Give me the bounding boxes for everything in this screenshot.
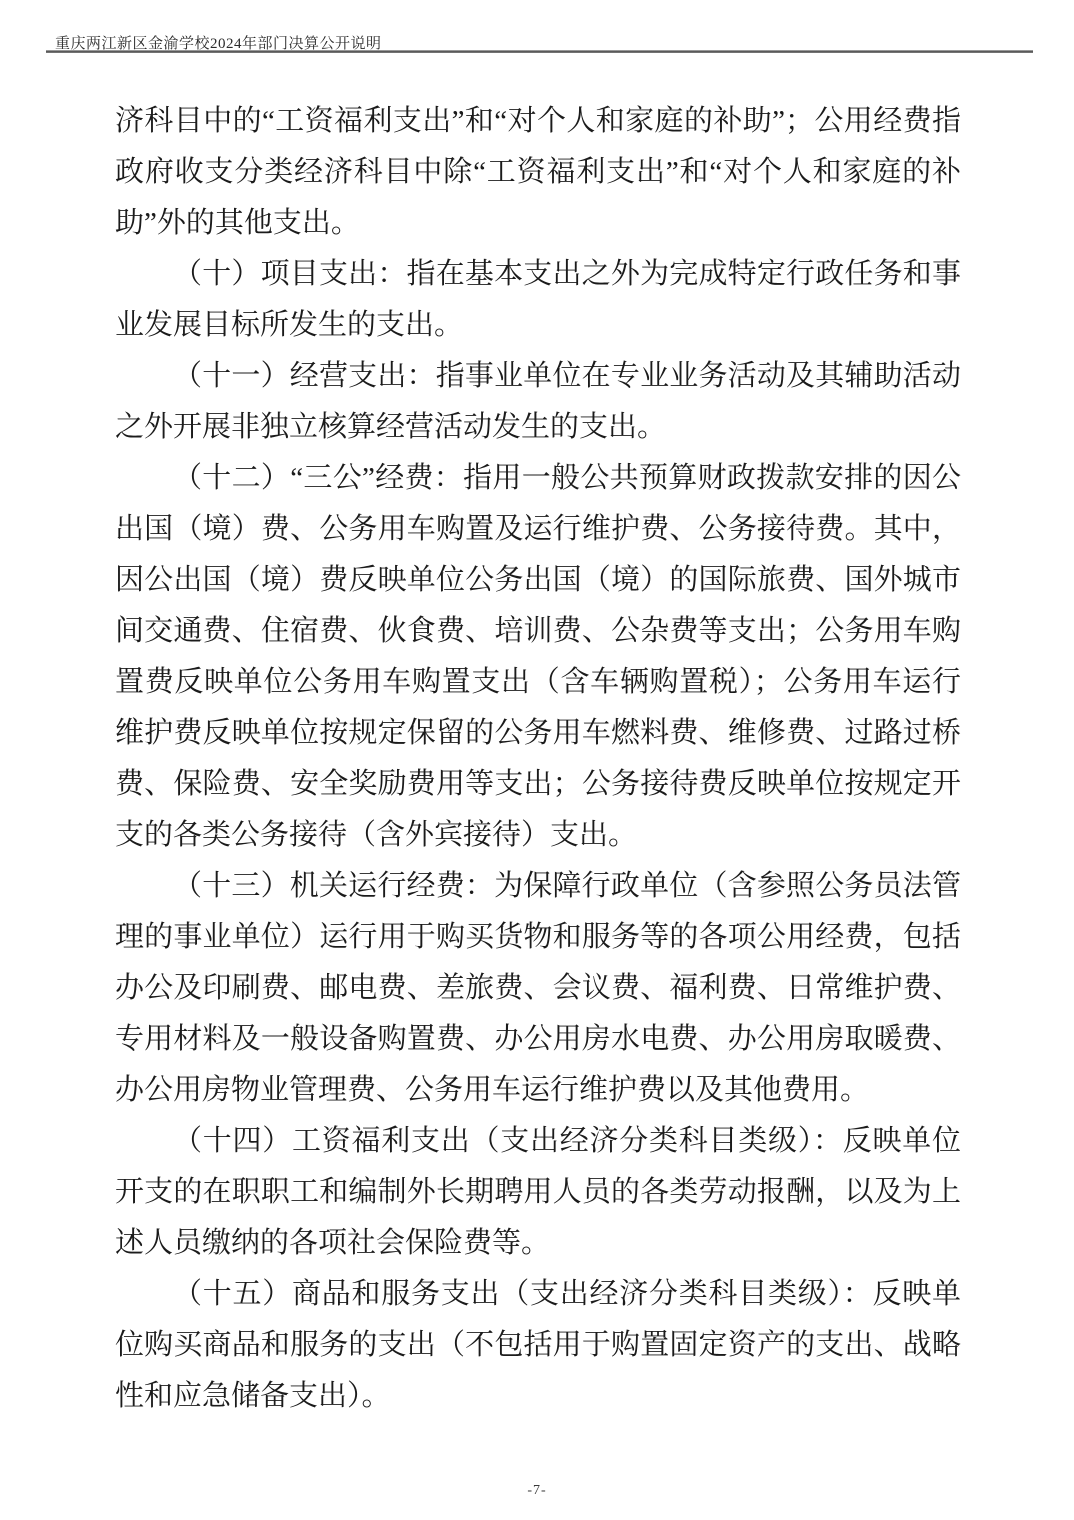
paragraph: （十）项目支出：指在基本支出之外为完成特定行政任务和事业发展目标所发生的支出。: [115, 249, 961, 351]
paragraph: （十四）工资福利支出（支出经济分类科目类级）：反映单位开支的在职职工和编制外长期…: [115, 1116, 961, 1269]
paragraph: （十三）机关运行经费：为保障行政单位（含参照公务员法管理的事业单位）运行用于购买…: [115, 861, 961, 1116]
document-body: 济科目中的“工资福利支出”和“对个人和家庭的补助”；公用经费指政府收支分类经济科…: [115, 96, 961, 1422]
page-number: -7-: [0, 1483, 1074, 1499]
paragraph: 济科目中的“工资福利支出”和“对个人和家庭的补助”；公用经费指政府收支分类经济科…: [115, 96, 961, 249]
paragraph: （十五）商品和服务支出（支出经济分类科目类级）：反映单位购买商品和服务的支出（不…: [115, 1269, 961, 1422]
header-rule-divider: [46, 50, 1033, 53]
document-page: 重庆两江新区金渝学校2024年部门决算公开说明 济科目中的“工资福利支出”和“对…: [0, 0, 1074, 1520]
paragraph: （十一）经营支出：指事业单位在专业业务活动及其辅助活动之外开展非独立核算经营活动…: [115, 351, 961, 453]
paragraph: （十二）“三公”经费：指用一般公共预算财政拨款安排的因公出国（境）费、公务用车购…: [115, 453, 961, 861]
